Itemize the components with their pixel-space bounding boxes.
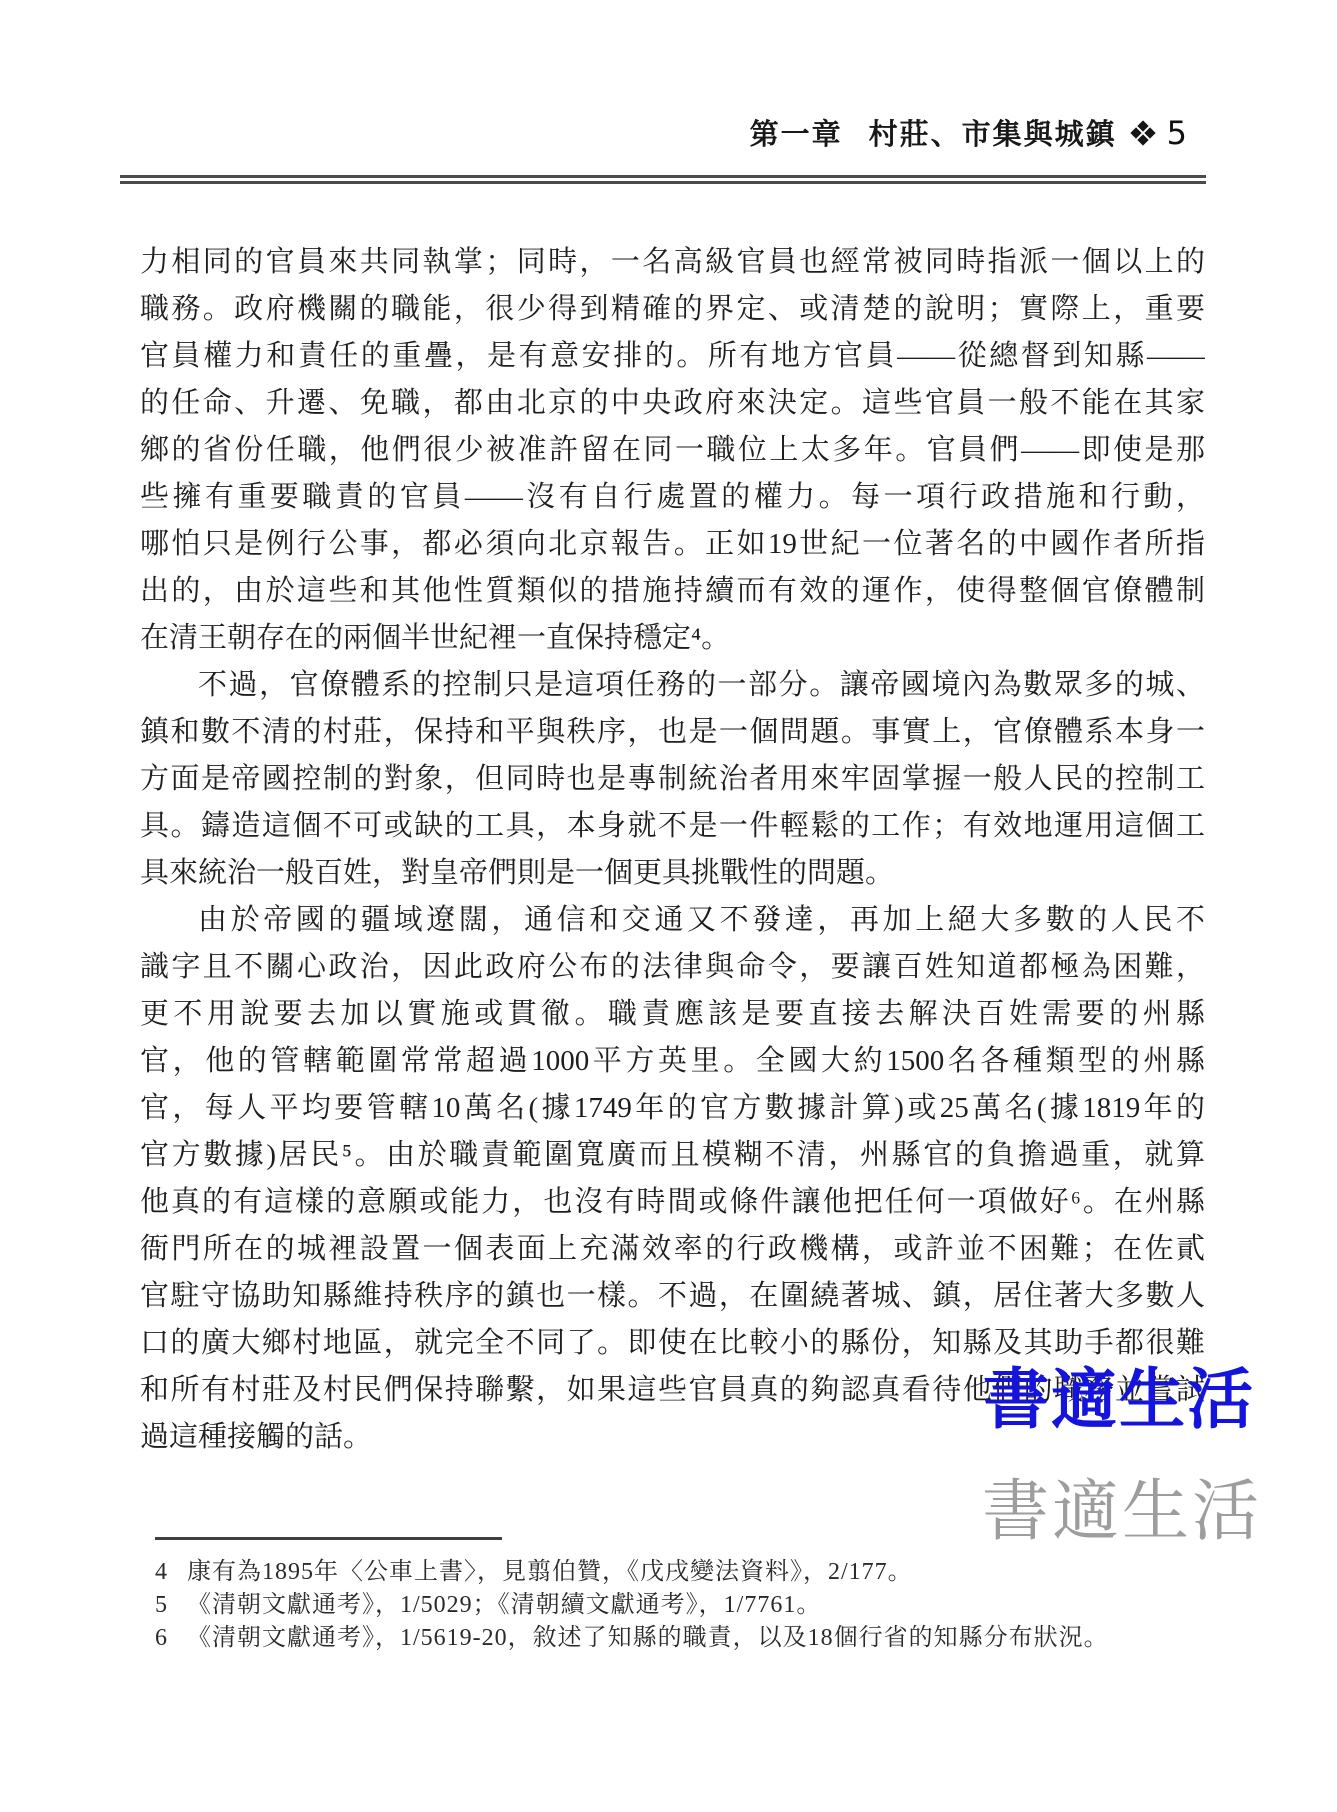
body-line: 不過，官僚體系的控制只是這項任務的一部分。讓帝國境內為數眾多的城、 (140, 662, 1205, 709)
body-line: 由於帝國的疆域遼闊，通信和交通又不發達，再加上絕大多數的人民不 (140, 897, 1205, 944)
body-line: 職務。政府機關的職能，很少得到精確的界定、或清楚的說明；實際上，重要 (140, 286, 1205, 333)
watermark-gray: 書適生活 (982, 1458, 1262, 1554)
body-line: 口的廣大鄉村地區，就完全不同了。即使在比較小的縣份，知縣及其助手都很難 (140, 1320, 1205, 1367)
page-header: 第一章 村莊、市集與城鎮 5 (750, 112, 1187, 153)
body-line: 官員權力和責任的重疊，是有意安排的。所有地方官員——從總督到知縣—— (140, 333, 1205, 380)
body-line: 力相同的官員來共同執掌；同時，一名高級官員也經常被同時指派一個以上的 (140, 239, 1205, 286)
footnote: 4康有為1895年〈公車上書〉，見翦伯贊，《戊戌變法資料》，2/177。 (155, 1556, 1215, 1589)
footnote-separator-rule (155, 1537, 502, 1540)
body-line: 官方數據)居民⁵。由於職責範圍寬廣而且模糊不清，州縣官的負擔過重，就算 (140, 1132, 1205, 1179)
footnote-number: 6 (155, 1622, 187, 1655)
body-line: 具。鑄造這個不可或缺的工具，本身就不是一件輕鬆的工作；有效地運用這個工 (140, 803, 1205, 850)
page-number: 5 (1167, 114, 1187, 152)
body-line: 過這種接觸的話。 (140, 1414, 1205, 1461)
body-line: 他真的有這樣的意願或能力，也沒有時間或條件讓他把任何一項做好⁶。在州縣 (140, 1179, 1205, 1226)
chapter-label: 第一章 (750, 112, 843, 153)
body-line: 識字且不關心政治，因此政府公布的法律與命令，要讓百姓知道都極為困難， (140, 944, 1205, 991)
body-line: 更不用說要去加以實施或貫徹。職責應該是要直接去解決百姓需要的州縣 (140, 991, 1205, 1038)
footnote-text: 《清朝文獻通考》，1/5619-20，敘述了知縣的職責，以及18個行省的知縣分布… (187, 1622, 1215, 1655)
body-line: 官駐守協助知縣維持秩序的鎮也一樣。不過，在圍繞著城、鎮，居住著大多數人 (140, 1273, 1205, 1320)
body-line: 衙門所在的城裡設置一個表面上充滿效率的行政機構，或許並不困難；在佐貳 (140, 1226, 1205, 1273)
body-line: 在清王朝存在的兩個半世紀裡一直保持穩定⁴。 (140, 615, 1205, 662)
body-line: 和所有村莊及村民們保持聯繫，如果這些官員真的夠認真看待他們的職務並嘗試 (140, 1367, 1205, 1414)
body-line: 鎮和數不清的村莊，保持和平與秩序，也是一個問題。事實上，官僚體系本身一 (140, 709, 1205, 756)
body-line: 官，每人平均要管轄10萬名(據1749年的官方數據計算)或25萬名(據1819年… (140, 1085, 1205, 1132)
diamond-ornament-icon (1131, 121, 1155, 145)
section-title: 村莊、市集與城鎮 (869, 112, 1117, 153)
footnote-number: 4 (155, 1556, 187, 1589)
footnote: 6《清朝文獻通考》，1/5619-20，敘述了知縣的職責，以及18個行省的知縣分… (155, 1622, 1215, 1655)
body-line: 方面是帝國控制的對象，但同時也是專制統治者用來牢固掌握一般人民的控制工 (140, 756, 1205, 803)
footnote: 5《清朝文獻通考》，1/5029；《清朝續文獻通考》，1/7761。 (155, 1589, 1215, 1622)
body-line: 出的，由於這些和其他性質類似的措施持續而有效的運作，使得整個官僚體制 (140, 568, 1205, 615)
body-line: 鄉的省份任職，他們很少被准許留在同一職位上太多年。官員們——即使是那 (140, 427, 1205, 474)
body-line: 官，他的管轄範圍常常超過1000平方英里。全國大約1500名各種類型的州縣 (140, 1038, 1205, 1085)
body-line: 哪怕只是例行公事，都必須向北京報告。正如19世紀一位著名的中國作者所指 (140, 521, 1205, 568)
body-line: 具來統治一般百姓，對皇帝們則是一個更具挑戰性的問題。 (140, 850, 1205, 897)
body-text: 力相同的官員來共同執掌；同時，一名高級官員也經常被同時指派一個以上的職務。政府機… (140, 239, 1205, 1461)
body-line: 些擁有重要職責的官員——沒有自行處置的權力。每一項行政措施和行動， (140, 474, 1205, 521)
footnote-text: 康有為1895年〈公車上書〉，見翦伯贊，《戊戌變法資料》，2/177。 (187, 1556, 1215, 1589)
footnote-text: 《清朝文獻通考》，1/5029；《清朝續文獻通考》，1/7761。 (187, 1589, 1215, 1622)
footnotes: 4康有為1895年〈公車上書〉，見翦伯贊，《戊戌變法資料》，2/177。5《清朝… (155, 1556, 1215, 1655)
header-double-rule (120, 175, 1206, 184)
body-line: 的任命、升遷、免職，都由北京的中央政府來決定。這些官員一般不能在其家 (140, 380, 1205, 427)
book-page: 第一章 村莊、市集與城鎮 5 力相同的官員來共同執掌；同時，一名高級官員也經常被… (0, 0, 1337, 1812)
footnote-number: 5 (155, 1589, 187, 1622)
